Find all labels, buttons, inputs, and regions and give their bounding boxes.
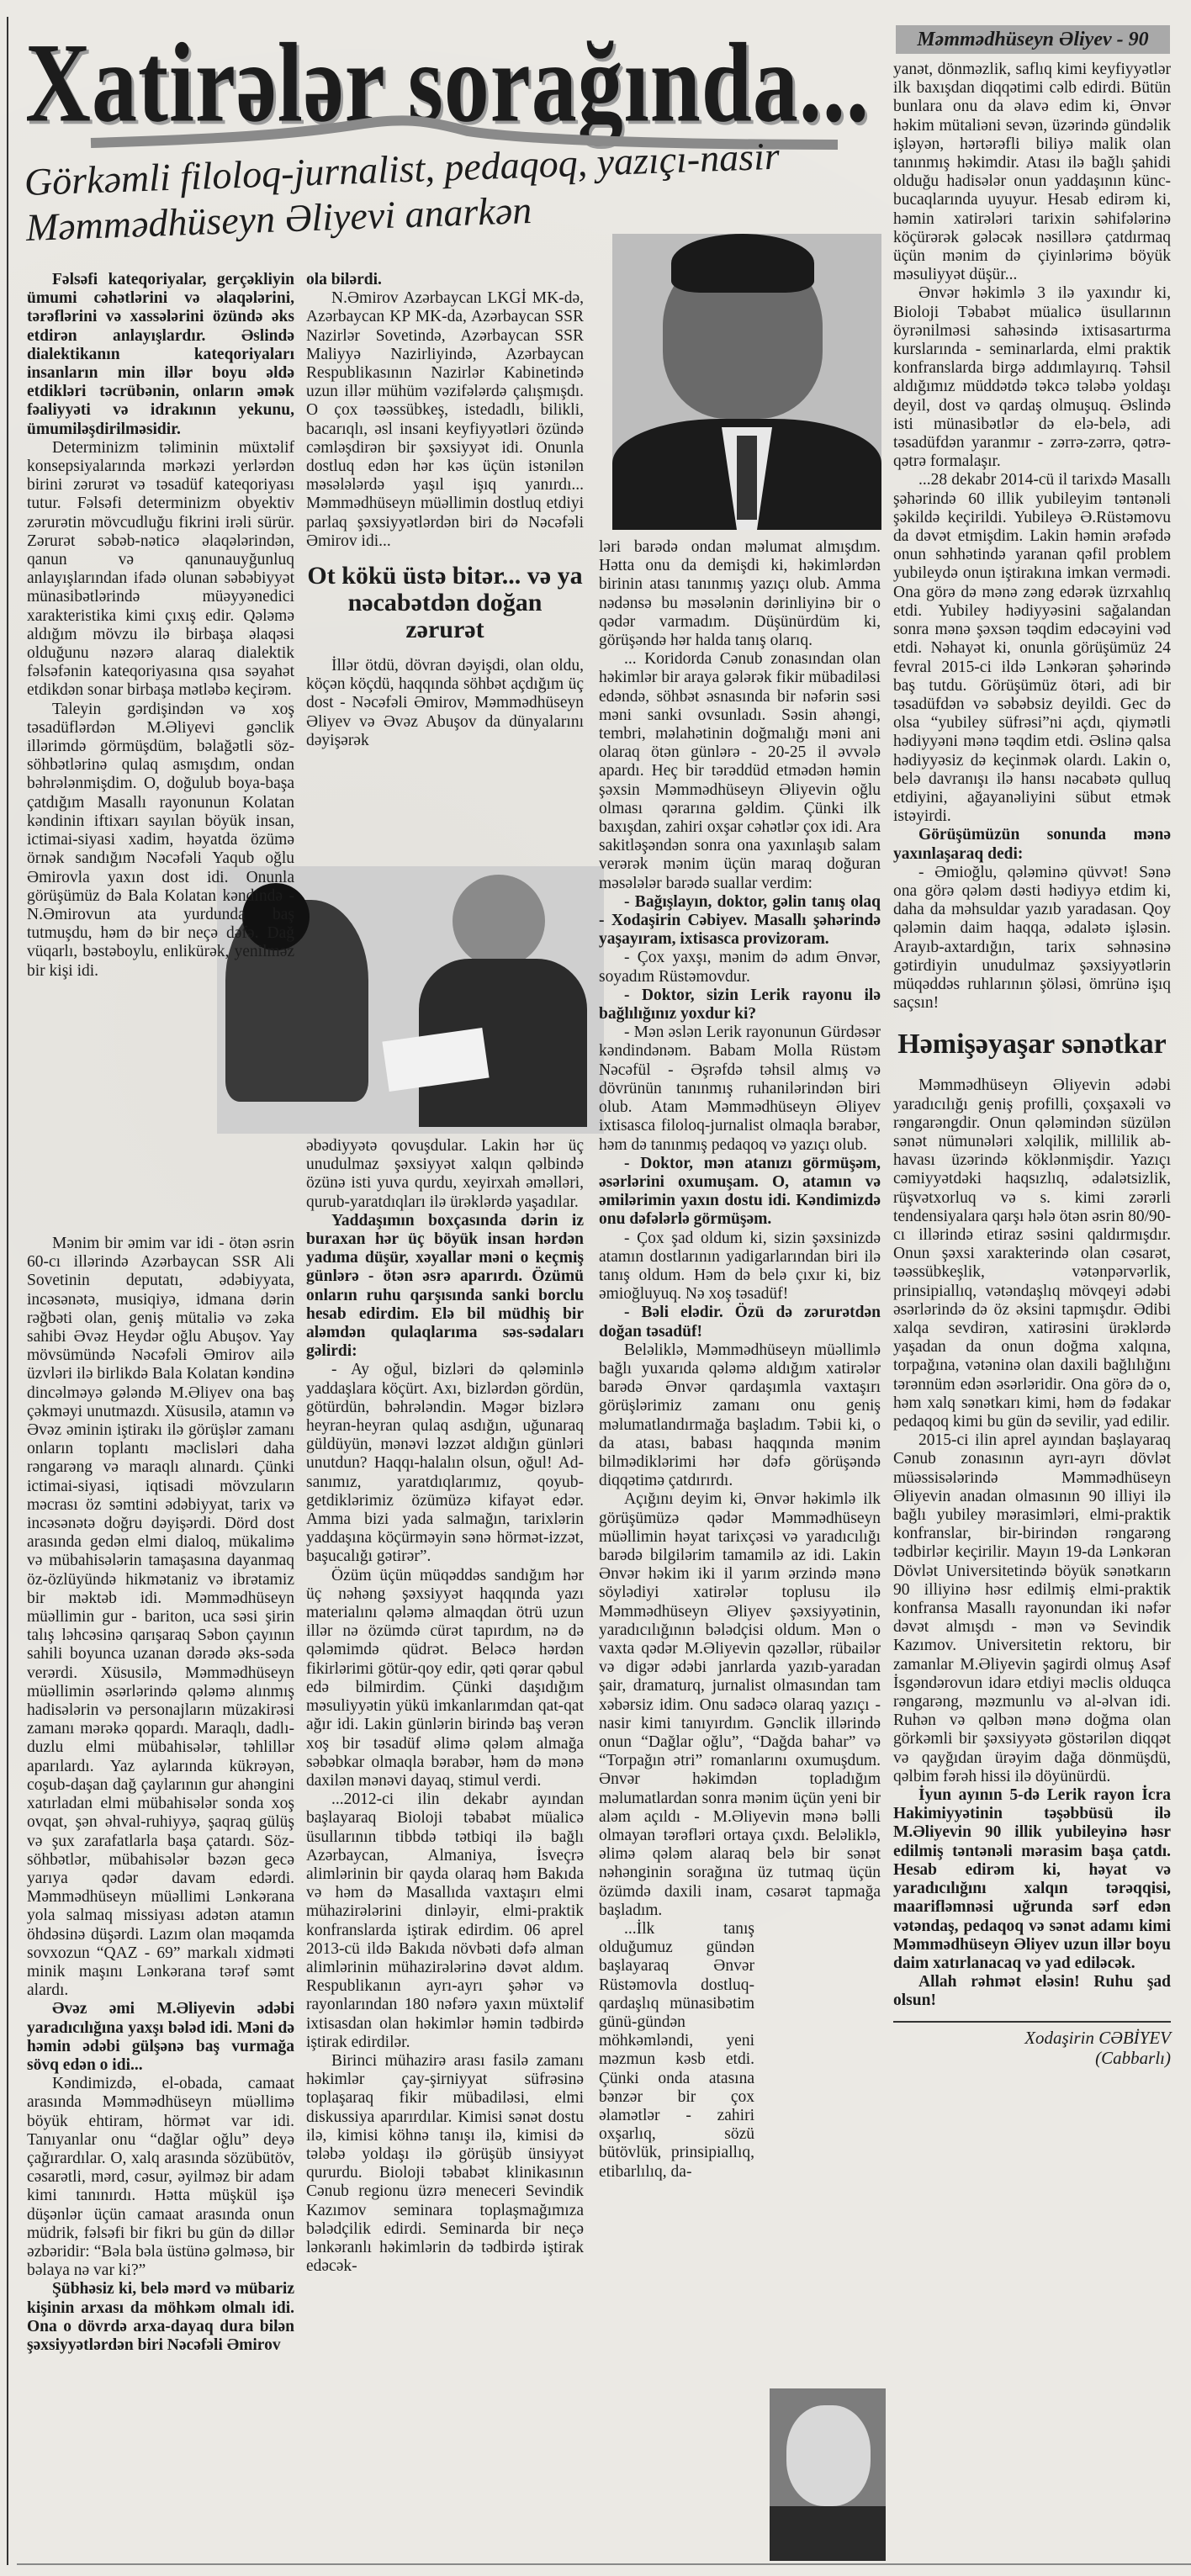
paragraph: ...28 dekabr 2014-cü il tarixdə Masallı …: [893, 471, 1171, 826]
tie-shape: [737, 436, 757, 520]
dialogue-bold: - Bağışlayın, doktor, gəlin tanış olaq -…: [599, 893, 881, 949]
column-2-lower: əbədiyyətə qovuşdular. Lakin hər üç unud…: [306, 1137, 584, 2276]
dialogue: - Çox şad oldum ki, sizin şəxsinizdə ata…: [599, 1230, 881, 1304]
section-subhead: Həmişəyaşar sənətkar: [893, 1028, 1171, 1061]
hair-shape: [671, 234, 814, 293]
paragraph: Məmmədhüseyn Əliyevin ədəbi yaradıcılığı…: [893, 1076, 1171, 1431]
paragraph: yanət, dönməzlik, saflıq kimi keyfiyyətl…: [893, 61, 1171, 284]
author-shoulders: [770, 2506, 886, 2561]
paragraph: Özüm üçün müqəddəs sandığım hər üç nəhən…: [306, 1567, 584, 1791]
paragraph-bold: Yaddaşımın boxçasında dərin iz buraxan h…: [306, 1212, 584, 1362]
paragraph: 2015-ci ilin aprel ayından başlayaraq Cə…: [893, 1431, 1171, 1786]
paragraph: ləri barədə ondan məlumat almışdım. Hətt…: [599, 538, 881, 650]
paragraph: Kəndimizdə, el-obada, camaat arasında Mə…: [27, 2075, 294, 2280]
portrait-photo: [612, 234, 881, 530]
dialogue: - Mən əslən Lerik rayonunun Gürdəsər kən…: [599, 1024, 881, 1154]
column-1-lower: Mənim bir əmim var idi - ötən əsrin 60-c…: [27, 1235, 294, 2355]
dialogue-bold: - Doktor, sizin Lerik rayonu ilə bağlılı…: [599, 986, 881, 1024]
paragraph: Taleyin gərdişindən və xoş təsadüflərdən…: [27, 701, 294, 981]
column-3: ləri barədə ondan məlumat almışdım. Hətt…: [599, 538, 881, 2182]
paragraph-bold: Əvəz əmi M.Əliyevin ədəbi yaradıcılığına…: [27, 2000, 294, 2075]
author-photo: [770, 2388, 886, 2561]
paragraph: N.Əmirov Azərbaycan LKGİ MK-də, Azərbayc…: [306, 289, 584, 551]
paragraph: əbədiyyətə qovuşdular. Lakin hər üç unud…: [306, 1137, 584, 1212]
author-signature: Xodaşirin CƏBİYEV (Cabbarlı): [893, 2021, 1171, 2068]
author-face: [786, 2405, 871, 2506]
paragraph-bold: İyun ayının 5-də Lerik rayon İcra Hakimi…: [893, 1786, 1171, 1973]
author-alias: (Cabbarlı): [893, 2048, 1171, 2068]
paragraph: Mənim bir əmim var idi - ötən əsrin 60-c…: [27, 1235, 294, 2000]
paragraph: İllər ötdü, dövran dəyişdi, olan oldu, k…: [306, 657, 584, 750]
dialogue-bold: - Doktor, mən atanızı görmüşəm, əsərləri…: [599, 1155, 881, 1230]
newspaper-page: Xatirələr sorağında... Görkəmli filoloq-…: [0, 0, 1191, 2576]
author-name: Xodaşirin CƏBİYEV: [893, 2028, 1171, 2048]
paragraph-bold: Görüşümüzün sonunda mənə yaxınlaşaraq de…: [893, 826, 1171, 863]
column-2: ola bilərdi. N.Əmirov Azərbaycan LKGİ MK…: [306, 271, 584, 750]
left-border-rule: [7, 17, 8, 2565]
paragraph-bold: Şübhəsiz ki, belə mərd və mübariz kişini…: [27, 2280, 294, 2355]
lead-paragraph: Fəlsəfi kateqoriyalar, gerçəkliyin ümumi…: [27, 271, 294, 439]
paragraph-bold: ola bilərdi.: [306, 271, 584, 289]
paragraph: - Ay oğul, bizləri də qələminlə yaddaşla…: [306, 1361, 584, 1566]
column-4: yanət, dönməzlik, saflıq kimi keyfiyyətl…: [893, 61, 1171, 2068]
dialogue: - Çox yaxşı, mənim də adım Ənvər, soyadı…: [599, 949, 881, 986]
paragraph: ...2012-ci ilin dekabr ayından başlayara…: [306, 1791, 584, 2052]
paragraph: - Əmioğlu, qələminə qüvvət! Sənə ona gör…: [893, 864, 1171, 1013]
section-subhead: Ot kökü üstə bitər... və ya nəcabətdən d…: [306, 563, 584, 643]
rubric-banner: Məmmədhüseyn Əliyev - 90: [896, 25, 1170, 54]
paragraph: ... Koridorda Cənub zonasından olan həki…: [599, 650, 881, 893]
dialogue-bold: - Bəli elədir. Özü də zərurətdən doğan t…: [599, 1304, 881, 1341]
bottom-rule: [17, 2563, 1191, 2565]
paragraph: Determinizm təliminin müxtəlif konsepsiy…: [27, 439, 294, 701]
paragraph: ...İlk tanış olduğumuz gündən başlayaraq…: [599, 1920, 754, 2182]
paragraph: Beləliklə, Məmmədhüseyn müəllimlə bağlı …: [599, 1341, 881, 1491]
paragraph: Birinci mühazirə arası fasilə zamanı hək…: [306, 2052, 584, 2276]
paragraph: Ənvər həkimlə 3 ilə yaxındır ki, Bioloji…: [893, 284, 1171, 471]
person-right-head: [453, 875, 545, 967]
column-1: Fəlsəfi kateqoriyalar, gerçəkliyin ümumi…: [27, 271, 294, 981]
closing-blessing: Allah rəhmət eləsin! Ruhu şad olsun!: [893, 1973, 1171, 2010]
paragraph: Açığını deyim ki, Ənvər həkimlə ilk görü…: [599, 1490, 881, 1920]
